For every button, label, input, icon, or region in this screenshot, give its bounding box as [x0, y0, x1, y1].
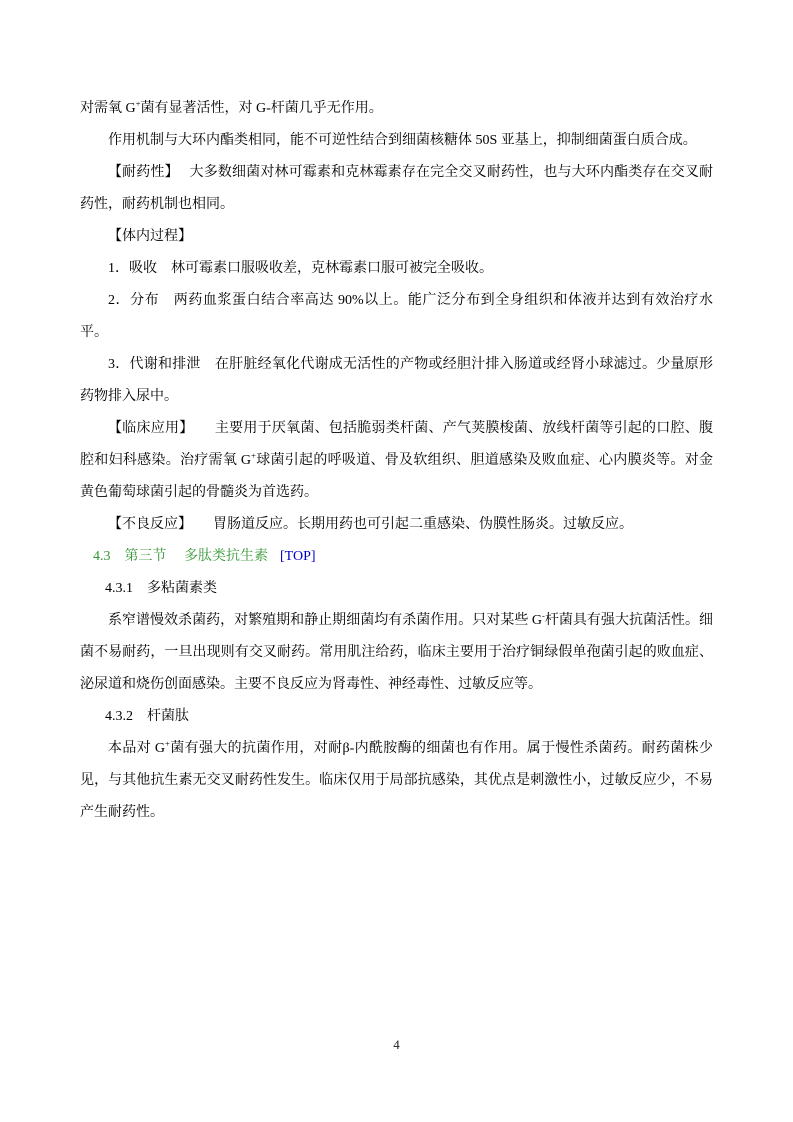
text-segment: 菌有显著活性，对 G-杆菌几乎无作用。 — [141, 101, 383, 116]
page-number: 4 — [393, 1037, 400, 1052]
body-paragraph: 对需氧 G+菌有显著活性，对 G-杆菌几乎无作用。 — [80, 93, 713, 125]
body-paragraph: 3．代谢和排泄 在肝脏经氧化代谢成无活性的产物或经胆汁排入肠道或经肾小球滤过。少… — [80, 349, 713, 413]
body-paragraph: 1．吸收 林可霉素口服吸收差，克林霉素口服可被完全吸收。 — [80, 253, 713, 285]
text-segment: 4.3.1 多粘菌素类 — [105, 581, 217, 596]
text-segment: 4.3 第三节 多肽类抗生素 — [93, 549, 268, 564]
text-segment: 1．吸收 林可霉素口服吸收差，克林霉素口服可被完全吸收。 — [108, 261, 493, 276]
text-segment: 作用机制与大环内酯类相同，能不可逆性结合到细菌核糖体 50S 亚基上，抑制细菌蛋… — [108, 133, 697, 148]
body-paragraph: 2．分布 两药血浆蛋白结合率高达 90%以上。能广泛分布到全身组织和体液并达到有… — [80, 285, 713, 349]
text-segment: 系窄谱慢效杀菌药，对繁殖期和静止期细菌均有杀菌作用。只对某些 G — [108, 613, 542, 628]
page-footer: 4 — [0, 1036, 793, 1054]
body-paragraph: 【临床应用】 主要用于厌氧菌、包括脆弱类杆菌、产气荚膜梭菌、放线杆菌等引起的口腔… — [80, 413, 713, 509]
sub-heading: 4.3.2 杆菌肽 — [80, 701, 713, 733]
body-paragraph: 系窄谱慢效杀菌药，对繁殖期和静止期细菌均有杀菌作用。只对某些 G-杆菌具有强大抗… — [80, 605, 713, 701]
text-segment: 2．分布 两药血浆蛋白结合率高达 90%以上。能广泛分布到全身组织和体液并达到有… — [80, 293, 713, 340]
body-paragraph: 作用机制与大环内酯类相同，能不可逆性结合到细菌核糖体 50S 亚基上，抑制细菌蛋… — [80, 125, 713, 157]
body-paragraph: 【体内过程】 — [80, 221, 713, 253]
text-segment: 【体内过程】 — [108, 229, 192, 244]
document-page: 对需氧 G+菌有显著活性，对 G-杆菌几乎无作用。作用机制与大环内酯类相同，能不… — [0, 0, 793, 1122]
body-paragraph: 本品对 G+菌有强大的抗菌作用，对耐β-内酰胺酶的细菌也有作用。属于慢性杀菌药。… — [80, 733, 713, 829]
sub-heading: 4.3.1 多粘菌素类 — [80, 573, 713, 605]
section-heading: 4.3 第三节 多肽类抗生素[TOP] — [80, 541, 713, 573]
text-segment: 菌有强大的抗菌作用，对耐β-内酰胺酶的细菌也有作用。属于慢性杀菌药。耐药菌株少见… — [80, 741, 713, 820]
text-segment: 本品对 G — [108, 741, 165, 756]
text-segment: 3．代谢和排泄 在肝脏经氧化代谢成无活性的产物或经胆汁排入肠道或经肾小球滤过。少… — [80, 357, 713, 404]
text-segment: 4.3.2 杆菌肽 — [105, 709, 189, 724]
text-segment: 【不良反应】 胃肠道反应。长期用药也可引起二重感染、伪膜性肠炎。过敏反应。 — [108, 517, 633, 532]
text-segment: 对需氧 G — [80, 101, 136, 116]
document-body: 对需氧 G+菌有显著活性，对 G-杆菌几乎无作用。作用机制与大环内酯类相同，能不… — [80, 93, 713, 829]
body-paragraph: 【不良反应】 胃肠道反应。长期用药也可引起二重感染、伪膜性肠炎。过敏反应。 — [80, 509, 713, 541]
text-segment: 【耐药性】 大多数细菌对林可霉素和克林霉素存在完全交叉耐药性，也与大环内酯类存在… — [80, 165, 713, 212]
top-link[interactable]: [TOP] — [280, 549, 316, 564]
body-paragraph: 【耐药性】 大多数细菌对林可霉素和克林霉素存在完全交叉耐药性，也与大环内酯类存在… — [80, 157, 713, 221]
